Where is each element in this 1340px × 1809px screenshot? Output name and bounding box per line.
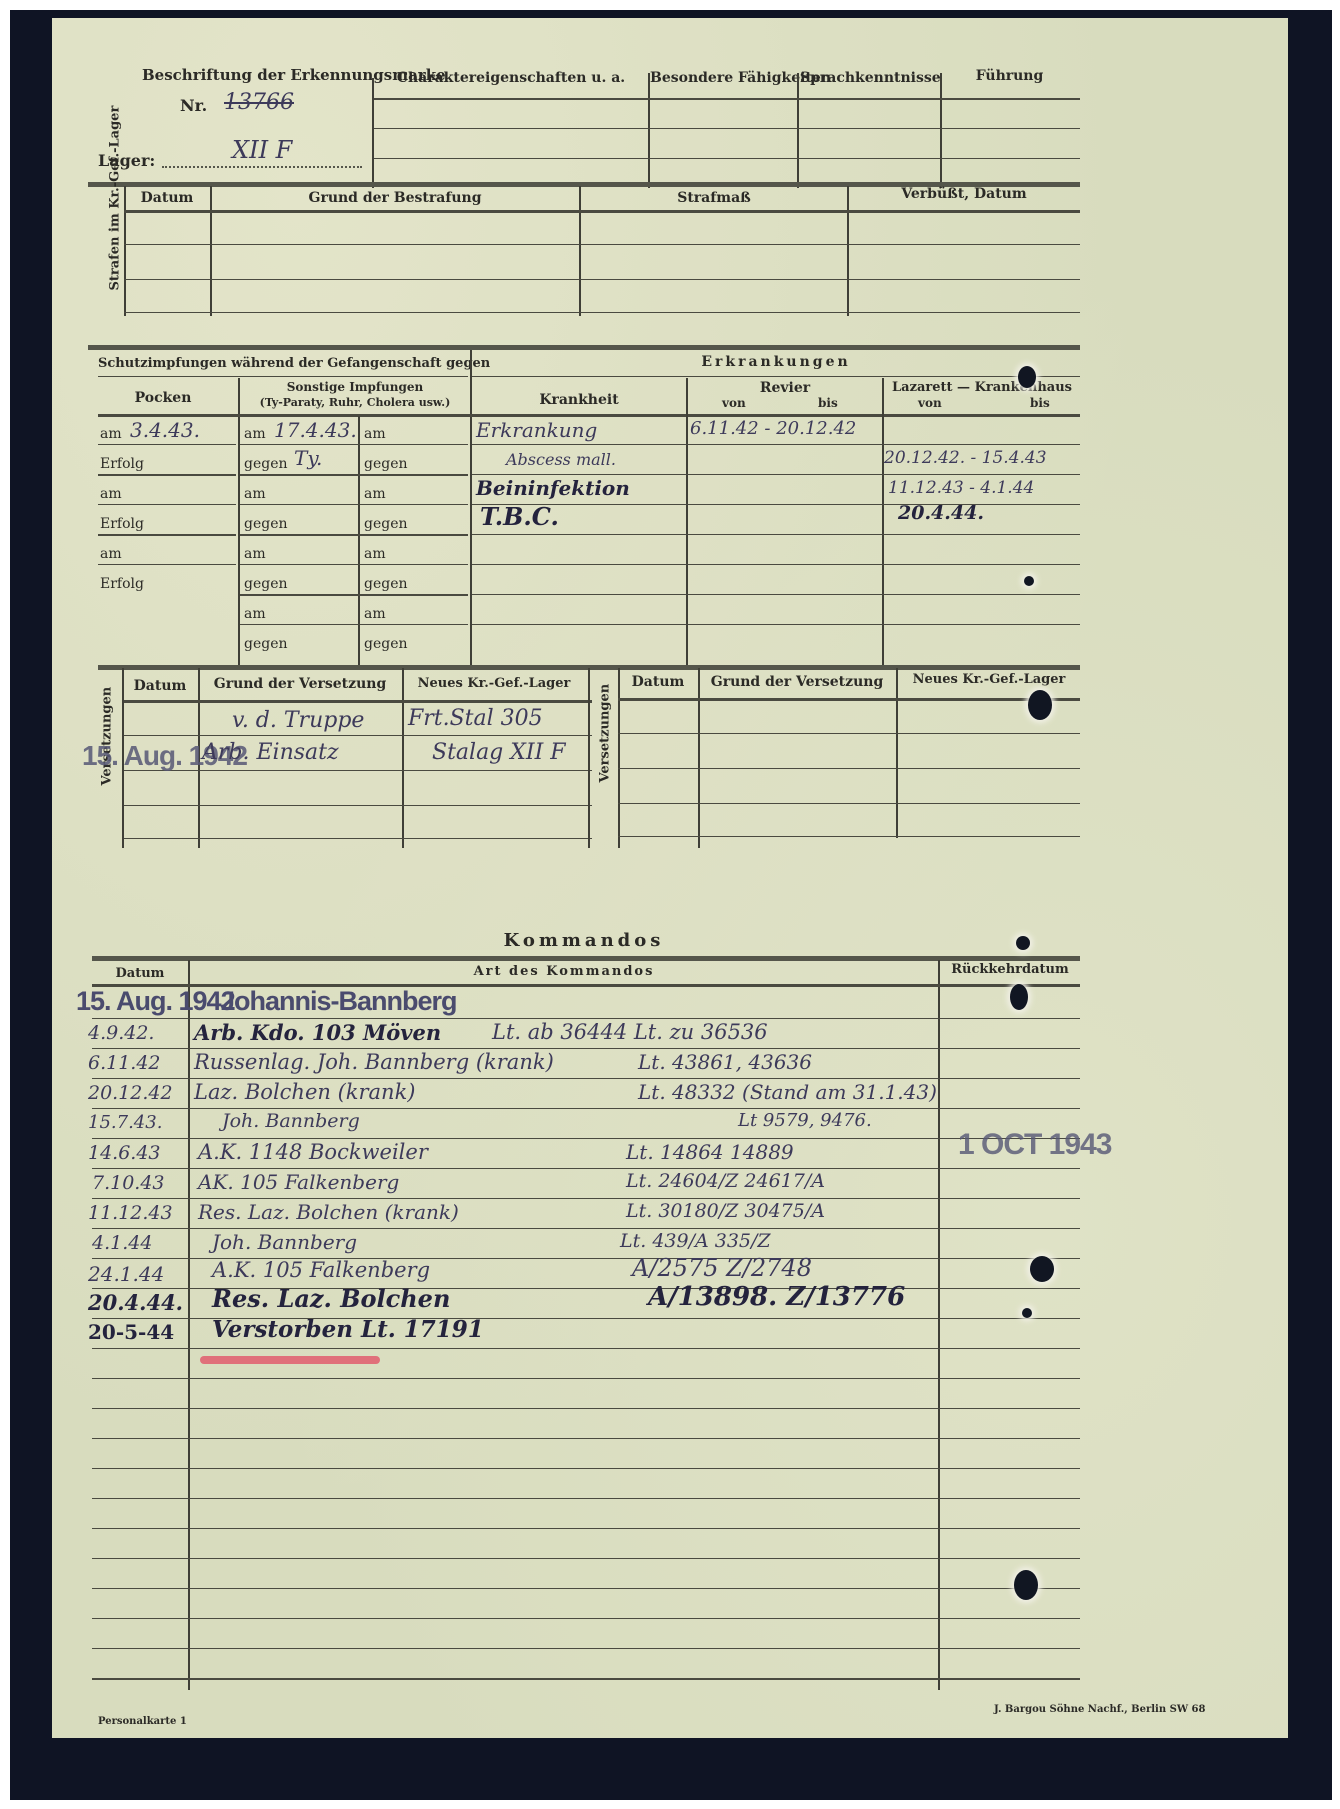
- rule: [240, 624, 468, 625]
- rule: [98, 504, 236, 505]
- divider: [847, 186, 849, 316]
- rule: [472, 444, 1080, 445]
- kommandos-col-art: Art des Kommandos: [192, 964, 936, 979]
- rule: [98, 414, 1080, 417]
- rule: [92, 1078, 1080, 1079]
- divider: [372, 78, 374, 188]
- rule: [92, 1198, 1080, 1199]
- kommando-row-11-datum: 20-5-44: [88, 1320, 174, 1344]
- rule: [92, 1408, 1080, 1409]
- rule: [374, 158, 1080, 159]
- vers-col-grund-left: Grund der Versetzung: [200, 676, 400, 692]
- kommando-row-9-art: A.K. 105 Falkenberg: [212, 1258, 430, 1282]
- sonstige-am-3: am: [244, 546, 266, 562]
- rule: [472, 534, 1080, 535]
- rule: [92, 1528, 1080, 1529]
- impfungen-title: Schutzimpfungen während der Gefangenscha…: [98, 356, 468, 371]
- divider: [648, 73, 650, 188]
- rule: [98, 376, 468, 377]
- divider: [940, 73, 942, 188]
- rule: [374, 98, 1080, 100]
- strafen-col-strafmass: Strafmaß: [581, 190, 847, 206]
- revier-bis: bis: [818, 396, 838, 410]
- rule: [124, 700, 592, 703]
- rule: [124, 210, 1080, 213]
- rule: [88, 345, 1080, 350]
- rule: [124, 244, 1080, 245]
- lager-value: XII F: [232, 136, 292, 164]
- sonstige-date-1: 17.4.43.: [274, 418, 357, 442]
- lazarett-von: von: [918, 396, 942, 410]
- versetzungen-side-label-right: Versetzungen: [598, 693, 613, 783]
- kommando-row-5-art: A.K. 1148 Bockweiler: [198, 1140, 428, 1164]
- personalkarte-card: Beschriftung der Erkennungsmarke Nr. 137…: [52, 18, 1288, 1738]
- kommando-row-6-ref: Lt. 24604/Z 24617/A: [626, 1170, 825, 1192]
- divider: [402, 668, 404, 848]
- punch-hole: [1014, 1570, 1038, 1600]
- divider: [938, 960, 940, 1690]
- rule: [92, 1378, 1080, 1379]
- sonstige-gegen-3: gegen: [244, 576, 288, 592]
- rule: [92, 1558, 1080, 1559]
- rule: [124, 805, 592, 806]
- rule: [240, 534, 468, 536]
- kommando-row-2-datum: 6.11.42: [88, 1052, 161, 1074]
- rule: [472, 594, 1080, 595]
- fuehrung-header: Führung: [942, 68, 1077, 84]
- punch-hole: [1030, 1256, 1054, 1282]
- kommando-row-7-ref: Lt. 30180/Z 30475/A: [626, 1200, 825, 1222]
- kommando-row-9-ref: A/2575 Z/2748: [632, 1254, 812, 1282]
- nr-value: 13766: [224, 90, 294, 115]
- lazarett-header: Lazarett — Krankenhaus: [884, 380, 1080, 395]
- sonstige2-gegen-3: gegen: [364, 576, 408, 592]
- vers-col-datum-right: Datum: [620, 674, 696, 690]
- revier-1: 6.11.42 - 20.12.42: [690, 418, 856, 439]
- rule: [472, 624, 1080, 625]
- rule: [240, 594, 468, 596]
- rule: [92, 1018, 1080, 1019]
- kommando-row-8-ref: Lt. 439/A 335/Z: [620, 1230, 771, 1252]
- kommando-row-4-art: Joh. Bannberg: [222, 1110, 360, 1132]
- punch-hole: [1016, 936, 1030, 950]
- divider: [797, 73, 799, 188]
- lazarett-3: 20.4.44.: [898, 502, 984, 524]
- faehigkeiten-header: Besondere Fähigkeiten: [650, 70, 796, 86]
- divider: [618, 668, 620, 848]
- strafen-col-grund: Grund der Bestrafung: [212, 190, 578, 206]
- divider: [896, 668, 898, 838]
- sprachkenntnisse-header: Sprachkenntnisse: [800, 70, 940, 86]
- kommando-row-8-datum: 4.1.44: [92, 1232, 152, 1254]
- sonstige-am-1: am: [244, 426, 266, 442]
- sonstige-gegen-value-1: Ty.: [294, 446, 322, 470]
- kommando-row-6-art: AK. 105 Falkenberg: [198, 1170, 399, 1194]
- punch-hole: [1028, 690, 1052, 720]
- rule: [98, 534, 236, 536]
- punch-hole: [1010, 984, 1028, 1010]
- pocken-erfolg-3: Erfolg: [100, 576, 144, 592]
- kommando-row-2-ref: Lt. 43861, 43636: [638, 1050, 812, 1074]
- vers-col-lager-left: Neues Kr.-Gef.-Lager: [404, 676, 584, 691]
- rule: [472, 564, 1080, 565]
- printer-imprint: J. Bargou Söhne Nachf., Berlin SW 68: [994, 1704, 1205, 1715]
- pocken-am-3: am: [100, 546, 122, 562]
- rule: [98, 564, 236, 565]
- rule: [92, 1588, 1080, 1589]
- sonstige-sub: (Ty-Paraty, Ruhr, Cholera usw.): [240, 396, 470, 409]
- rule: [618, 836, 1080, 837]
- rule: [92, 1648, 1080, 1649]
- krankheit-4: T.B.C.: [480, 502, 559, 531]
- rule: [92, 1468, 1080, 1469]
- rule: [124, 312, 1080, 313]
- rule: [618, 803, 1080, 804]
- erkrankungen-title: Erkrankungen: [472, 354, 1080, 370]
- krankheit-2: Abscess mall.: [506, 450, 616, 469]
- sonstige2-gegen-1: gegen: [364, 456, 408, 472]
- kommando-row-4-datum: 15.7.43.: [88, 1112, 162, 1133]
- vers-grund-1: v. d. Truppe: [232, 708, 364, 733]
- strafen-col-datum: Datum: [126, 190, 208, 206]
- rule: [92, 1138, 1080, 1139]
- krankheit-1: Erkrankung: [476, 418, 597, 442]
- sonstige-gegen-2: gegen: [244, 516, 288, 532]
- pocken-header: Pocken: [98, 390, 228, 406]
- form-id-label: Personalkarte 1: [98, 1716, 187, 1727]
- sonstige2-am-3: am: [364, 546, 386, 562]
- divider: [188, 960, 190, 1690]
- sonstige-header: Sonstige Impfungen: [240, 380, 470, 394]
- kommando-row-6-datum: 7.10.43: [92, 1172, 165, 1194]
- lazarett-1: 20.12.42. - 15.4.43: [884, 448, 1047, 468]
- rule: [92, 1618, 1080, 1619]
- sonstige2-gegen-4: gegen: [364, 636, 408, 652]
- vers-lager-1: Frt.Stal 305: [408, 706, 543, 731]
- rule: [472, 474, 1080, 475]
- sonstige2-am-4: am: [364, 606, 386, 622]
- divider: [588, 668, 590, 848]
- vers-lager-2: Stalag XII F: [432, 740, 566, 765]
- rule: [618, 698, 1080, 701]
- pocken-am-2: am: [100, 486, 122, 502]
- vers-col-datum-left: Datum: [124, 678, 196, 694]
- lazarett-bis: bis: [1030, 396, 1050, 410]
- kommando-row-5-ref: Lt. 14864 14889: [626, 1140, 794, 1164]
- rule: [92, 1108, 1080, 1109]
- kommando-row-3-ref: Lt. 48332 (Stand am 31.1.43): [638, 1080, 937, 1104]
- pocken-date-1: 3.4.43.: [130, 418, 200, 442]
- rule: [124, 279, 1080, 280]
- red-crayon-underline: [200, 1356, 380, 1364]
- kommando-row-5-datum: 14.6.43: [88, 1142, 161, 1164]
- rule: [92, 1048, 1080, 1049]
- kommando-row-8-art: Joh. Bannberg: [212, 1230, 357, 1254]
- punch-hole: [1018, 366, 1036, 388]
- kommandos-title: Kommandos: [88, 930, 1080, 951]
- divider: [358, 416, 360, 668]
- rule: [92, 1348, 1080, 1349]
- rule: [92, 1228, 1080, 1229]
- rueckkehr-date-stamp: 1 OCT 1943: [958, 1128, 1111, 1162]
- kommando-stamp-art: Johannis-Bannberg: [220, 986, 457, 1017]
- strafen-col-verbuesst: Verbüßt, Datum: [849, 186, 1079, 202]
- rule: [472, 504, 1080, 505]
- rule: [92, 956, 1080, 961]
- rule: [240, 504, 468, 505]
- krankheit-3: Beininfektion: [476, 476, 630, 500]
- kommando-row-4-ref: Lt 9579, 9476.: [738, 1110, 872, 1131]
- rule: [124, 838, 592, 839]
- kommando-row-9-datum: 24.1.44: [88, 1262, 164, 1286]
- divider: [698, 668, 700, 848]
- kommando-row-2-art: Russenlag. Joh. Bannberg (krank): [194, 1050, 554, 1074]
- rule: [618, 768, 1080, 769]
- kommando-row-1-art: Arb. Kdo. 103 Möven: [194, 1020, 441, 1045]
- kommando-stamp-date: 15. Aug. 1942: [76, 986, 235, 1017]
- kommando-row-3-datum: 20.12.42: [88, 1082, 173, 1104]
- pocken-am-1: am: [100, 426, 122, 442]
- rule: [98, 444, 236, 445]
- kommandos-col-datum: Datum: [92, 966, 188, 981]
- rule: [92, 1168, 1080, 1169]
- rule: [240, 474, 468, 476]
- rule: [124, 735, 592, 736]
- sonstige-am-4: am: [244, 606, 266, 622]
- vers-col-grund-right: Grund der Versetzung: [700, 674, 894, 690]
- kommando-row-10-art: Res. Laz. Bolchen: [212, 1284, 450, 1313]
- kommando-row-11-art: Verstorben Lt. 17191: [212, 1316, 484, 1343]
- revier-von: von: [722, 396, 746, 410]
- kommandos-col-rueckkehr: Rückkehrdatum: [940, 962, 1080, 977]
- rule: [240, 444, 468, 445]
- charakter-header: Charaktereigenschaften u. a.: [377, 70, 645, 86]
- lazarett-2: 11.12.43 - 4.1.44: [888, 478, 1034, 498]
- kommando-row-1-datum: 4.9.42.: [88, 1022, 154, 1044]
- rule: [240, 564, 468, 565]
- sonstige2-gegen-2: gegen: [364, 516, 408, 532]
- punch-hole: [1024, 576, 1034, 586]
- nr-label: Nr.: [180, 96, 207, 115]
- kommando-row-7-art: Res. Laz. Bolchen (krank): [198, 1200, 459, 1224]
- sonstige-gegen-1: gegen: [244, 456, 288, 472]
- kommando-row-10-ref: A/13898. Z/13776: [648, 1282, 905, 1312]
- sonstige-am-2: am: [244, 486, 266, 502]
- vers-col-lager-right: Neues Kr.-Gef.-Lager: [898, 672, 1080, 687]
- pocken-erfolg-1: Erfolg: [100, 456, 144, 472]
- rule: [472, 376, 1080, 377]
- punch-hole: [1022, 1308, 1032, 1318]
- revier-header: Revier: [688, 380, 882, 396]
- lager-dotted-line: [162, 166, 362, 168]
- rule: [92, 1678, 1080, 1680]
- sonstige2-am-1: am: [364, 426, 386, 442]
- kommando-row-3-art: Laz. Bolchen (krank): [194, 1080, 416, 1104]
- pocken-erfolg-2: Erfolg: [100, 516, 144, 532]
- vers-grund-2: Arb. Einsatz: [202, 740, 339, 765]
- krankheit-header: Krankheit: [472, 392, 686, 408]
- rule: [98, 474, 236, 476]
- rule: [92, 1438, 1080, 1439]
- rule: [92, 1498, 1080, 1499]
- strafen-side-label: Strafen im Kr.-Gef.-Lager: [108, 181, 123, 291]
- sonstige2-am-2: am: [364, 486, 386, 502]
- sonstige-gegen-4: gegen: [244, 636, 288, 652]
- kommando-row-7-datum: 11.12.43: [88, 1202, 173, 1224]
- rule: [374, 128, 1080, 129]
- kommando-row-10-datum: 20.4.44.: [88, 1290, 183, 1315]
- kommando-row-1-ref: Lt. ab 36444 Lt. zu 36536: [492, 1020, 768, 1044]
- rule: [618, 733, 1080, 734]
